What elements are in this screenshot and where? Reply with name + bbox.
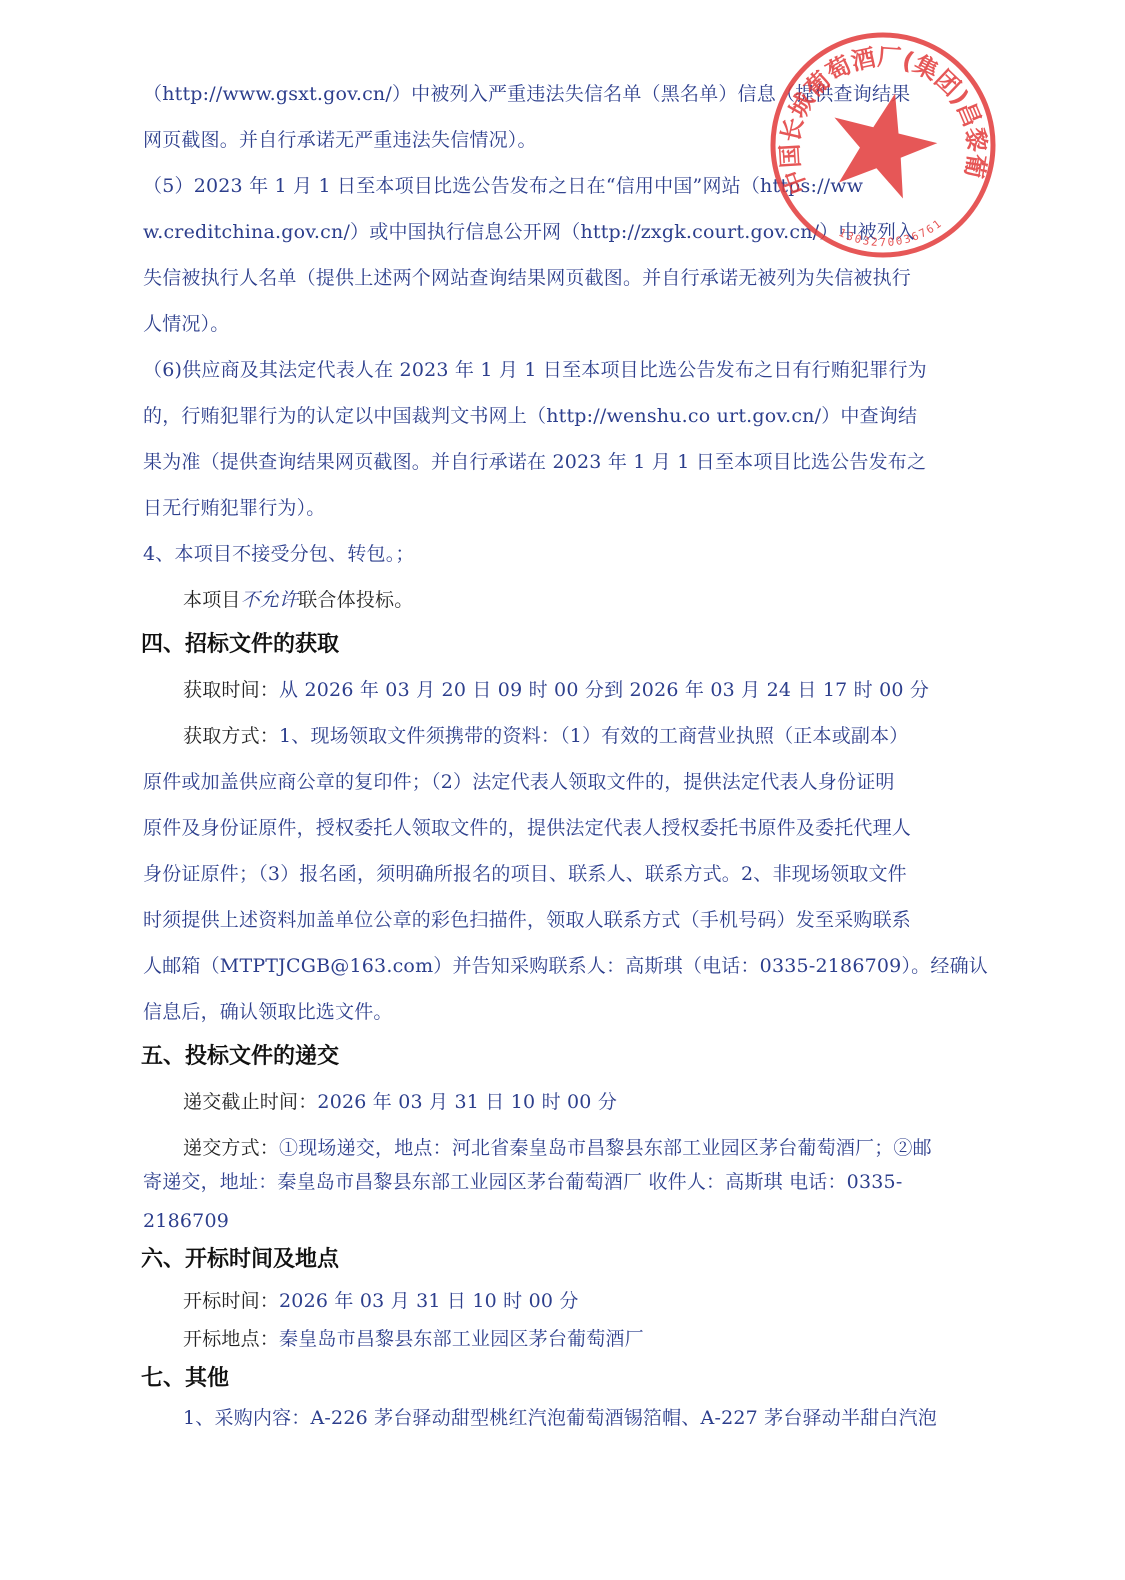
deadline-line: 递交截止时间：2026 年 03 月 31 日 10 时 00 分 xyxy=(183,1090,993,1114)
acquire-method-line: 获取方式：1、现场领取文件须携带的资料：（1）有效的工商营业执照（正本或副本） xyxy=(183,724,993,748)
opening-time-value: 2026 年 03 月 31 日 10 时 00 分 xyxy=(279,1290,579,1312)
acquire-time-line: 获取时间：从 2026 年 03 月 20 日 09 时 00 分到 2026 … xyxy=(183,678,993,702)
text-line: 原件及身份证原件，授权委托人领取文件的，提供法定代表人授权委托书原件及委托代理人 xyxy=(143,816,953,840)
text-line: 日无行贿犯罪行为）。 xyxy=(143,496,953,520)
submit-method-text: ①现场递交，地点：河北省秦皇岛市昌黎县东部工业园区茅台葡萄酒厂；②邮 xyxy=(279,1137,932,1159)
deadline-label: 递交截止时间： xyxy=(183,1091,317,1113)
deadline-value: 2026 年 03 月 31 日 10 时 00 分 xyxy=(317,1091,617,1113)
acquire-method-text: 1、现场领取文件须携带的资料：（1）有效的工商营业执照（正本或副本） xyxy=(279,725,908,747)
opening-place-line: 开标地点：秦皇岛市昌黎县东部工业园区茅台葡萄酒厂 xyxy=(183,1327,993,1351)
text-line: 信息后，确认领取比选文件。 xyxy=(143,1000,953,1024)
section-heading-6: 六、开标时间及地点 xyxy=(141,1246,339,1274)
acquire-method-label: 获取方式： xyxy=(183,725,279,747)
consortium-suffix: 联合体投标。 xyxy=(298,589,413,611)
company-seal-icon: 中国长城葡萄酒厂(集团)昌黎葡萄酒业有限公司 1303270036761 xyxy=(768,30,998,260)
document-page: （http://www.gsxt.gov.cn/）中被列入严重违法失信名单（黑名… xyxy=(0,0,1125,1580)
text-line: 失信被执行人名单（提供上述两个网站查询结果网页截图。并自行承诺无被列为失信被执行 xyxy=(143,266,953,290)
section-heading-4: 四、招标文件的获取 xyxy=(141,631,339,659)
seal-ring-text: 中国长城葡萄酒厂(集团)昌黎葡萄酒业有限公司 xyxy=(768,30,991,198)
submit-method-label: 递交方式： xyxy=(183,1137,279,1159)
text-line: （6)供应商及其法定代表人在 2023 年 1 月 1 日至本项目比选公告发布之… xyxy=(143,358,953,382)
opening-time-label: 开标时间： xyxy=(183,1290,279,1312)
opening-place-value: 秦皇岛市昌黎县东部工业园区茅台葡萄酒厂 xyxy=(279,1328,644,1350)
section-heading-7: 七、其他 xyxy=(141,1365,229,1393)
text-line: 人情况）。 xyxy=(143,312,953,336)
text-line: 果为准（提供查询结果网页截图。并自行承诺在 2023 年 1 月 1 日至本项目… xyxy=(143,450,953,474)
text-line: 原件或加盖供应商公章的复印件；（2）法定代表人领取文件的，提供法定代表人身份证明 xyxy=(143,770,953,794)
text-line: 的，行贿犯罪行为的认定以中国裁判文书网上（http://wenshu.co ur… xyxy=(143,404,953,428)
text-line: 寄递交，地址：秦皇岛市昌黎县东部工业园区茅台葡萄酒厂 收件人：高斯琪 电话：03… xyxy=(143,1170,953,1194)
submit-method-line: 递交方式：①现场递交，地点：河北省秦皇岛市昌黎县东部工业园区茅台葡萄酒厂；②邮 xyxy=(183,1136,993,1160)
consortium-line: 本项目不允许联合体投标。 xyxy=(183,588,993,612)
consortium-not-allowed: 不允许 xyxy=(241,589,299,611)
no-subcontract-line: 4、本项目不接受分包、转包。； xyxy=(143,542,953,566)
acquire-time-value: 从 2026 年 03 月 20 日 09 时 00 分到 2026 年 03 … xyxy=(279,679,929,701)
opening-place-label: 开标地点： xyxy=(183,1328,279,1350)
opening-time-line: 开标时间：2026 年 03 月 31 日 10 时 00 分 xyxy=(183,1289,993,1313)
svg-text:中国长城葡萄酒厂(集团)昌黎葡萄酒业有限公司: 中国长城葡萄酒厂(集团)昌黎葡萄酒业有限公司 xyxy=(768,30,991,198)
contact-email-line: 人邮箱（MTPTJCGB@163.com）并告知采购联系人：高斯琪（电话：033… xyxy=(143,954,953,978)
procurement-content-line: 1、采购内容：A-226 茅台驿动甜型桃红汽泡葡萄酒锡箔帽、A-227 茅台驿动… xyxy=(183,1406,993,1430)
text-line: 2186709 xyxy=(143,1209,953,1233)
consortium-prefix: 本项目 xyxy=(183,589,241,611)
section-heading-5: 五、投标文件的递交 xyxy=(141,1043,339,1071)
acquire-time-label: 获取时间： xyxy=(183,679,279,701)
text-line: 身份证原件；（3）报名函，须明确所报名的项目、联系人、联系方式。2、非现场领取文… xyxy=(143,862,953,886)
text-line: 时须提供上述资料加盖单位公章的彩色扫描件，领取人联系方式（手机号码）发至采购联系 xyxy=(143,908,953,932)
